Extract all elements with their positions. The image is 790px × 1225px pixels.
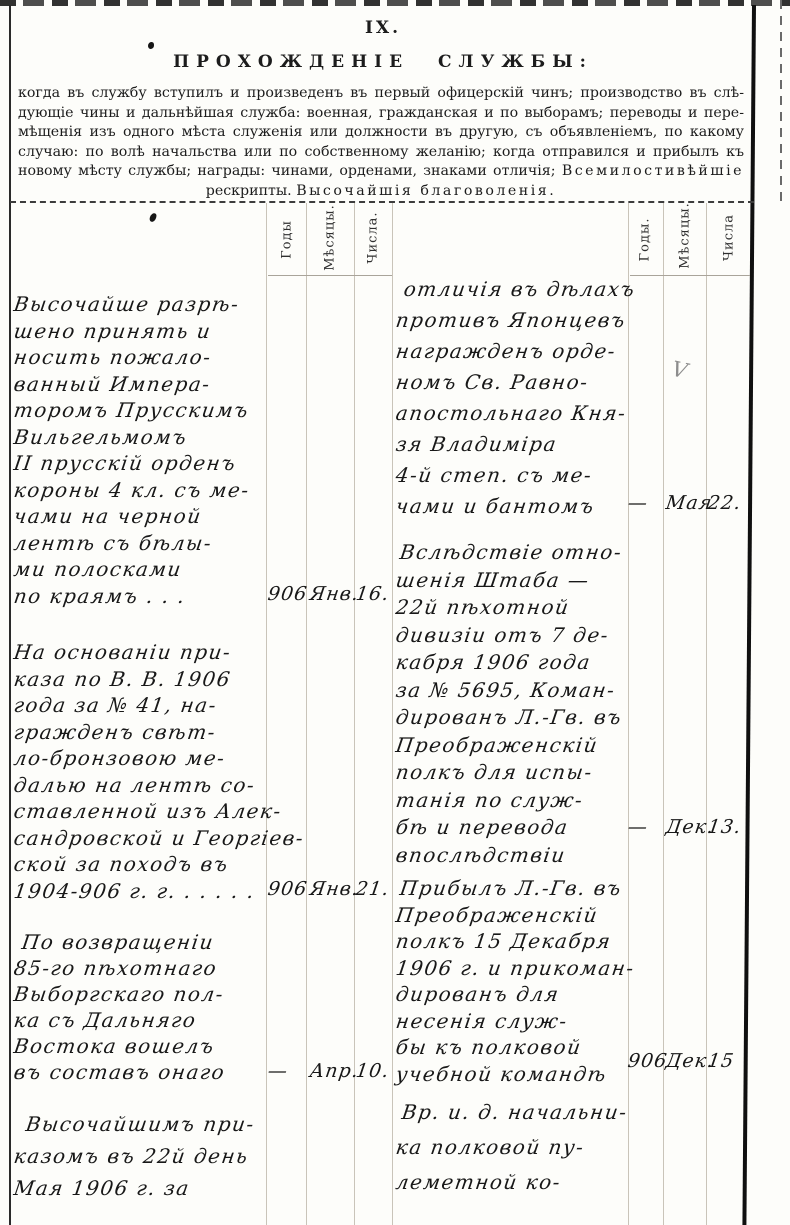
margin-dashed-line	[780, 0, 782, 205]
ink-blot	[148, 42, 154, 49]
handwritten-line: шенія Штаба —	[394, 568, 591, 592]
handwritten-line: Мая 1906 г. за	[12, 1176, 191, 1200]
handwritten-line: Вслѣдствіе отно-	[398, 540, 624, 564]
column-header-years-left: Годы	[280, 205, 295, 275]
handwritten-line: Выборгскаго пол-	[12, 982, 226, 1006]
handwritten-line: ми полосками	[12, 557, 183, 581]
emphasized-text: Всемилостивѣйшіе	[562, 163, 744, 179]
handwritten-line: 22й пѣхотной	[394, 595, 571, 619]
page-top-edge	[0, 0, 790, 6]
handwritten-line: несенія служ-	[394, 1009, 569, 1033]
handwritten-line: номъ Св. Равно-	[394, 370, 590, 394]
ink-blot	[149, 212, 158, 223]
handwritten-line: По возвращеніи	[20, 930, 215, 954]
handwritten-line: ка полковой пу-	[394, 1135, 586, 1159]
handwritten-line: зя Владиміра	[394, 432, 558, 456]
handwritten-line: противъ Японцевъ	[394, 308, 627, 332]
column-header-days-left: Числа.	[366, 203, 381, 273]
column-divider	[306, 203, 307, 1225]
handwritten-line: впослѣдствіи	[394, 843, 567, 867]
date-day: 22.	[706, 492, 742, 514]
handwritten-line: На основаніи при-	[12, 640, 233, 664]
description-line: когда въ службу вступилъ и произведенъ в…	[18, 84, 744, 104]
handwritten-line: Вр. и. д. начальни-	[400, 1100, 629, 1124]
handwritten-line: награжденъ орде-	[394, 339, 618, 363]
handwritten-line: ской за походъ въ	[12, 852, 230, 876]
handwritten-line: Преображенскій	[394, 903, 600, 927]
handwritten-line: Прибылъ Л.-Гв. въ	[398, 876, 623, 900]
handwritten-line: по краямъ . . .	[12, 584, 187, 608]
handwritten-line: ло-бронзовою ме-	[12, 746, 227, 770]
handwritten-line: короны 4 кл. съ ме-	[12, 478, 251, 502]
page-left-border	[9, 5, 11, 1225]
date-day: 13.	[706, 816, 742, 838]
date-year: —	[626, 816, 649, 838]
handwritten-line: бѣ и перевода	[394, 815, 570, 839]
handwritten-line: дированъ Л.-Гв. въ	[394, 705, 624, 729]
handwritten-line: леметной ко-	[394, 1170, 563, 1194]
description-line: дующіе чины и дальнѣйшая служба: военная…	[18, 104, 744, 124]
handwritten-line: чами на черной	[12, 504, 203, 528]
handwritten-line: II прусскій орденъ	[12, 451, 238, 475]
handwritten-line: дивизіи отъ 7 де-	[394, 623, 611, 647]
date-month: Янв.	[308, 583, 360, 605]
handwritten-line: носить пожало-	[12, 345, 213, 369]
handwritten-line: ка съ Дальняго	[12, 1008, 198, 1032]
handwritten-line: въ составъ онаго	[12, 1060, 227, 1084]
handwritten-line: Высочайше разрѣ-	[12, 292, 241, 316]
description-line: мѣщенія изъ одного мѣста служенія или до…	[18, 123, 744, 143]
description-line: случаю: по волѣ начальства или по собств…	[18, 143, 744, 163]
handwritten-line: гражденъ свѣт-	[12, 720, 218, 744]
handwritten-line: апостольнаго Кня-	[394, 401, 628, 425]
section-description: когда въ службу вступилъ и произведенъ в…	[18, 84, 744, 201]
date-year: 906	[266, 878, 308, 900]
column-header-months-left: Мѣсяцы.	[323, 203, 338, 273]
description-line: новому мѣсту службы; награды: чинами, ор…	[18, 162, 744, 182]
date-month: Апр.	[308, 1060, 360, 1082]
handwritten-line: лентѣ съ бѣлы-	[12, 531, 214, 555]
date-day: 16.	[354, 583, 390, 605]
handwritten-line: года за № 41, на-	[12, 693, 218, 717]
handwritten-line: 1904-906 г. г. . . . . .	[12, 879, 256, 903]
handwritten-line: дированъ для	[394, 982, 561, 1006]
handwritten-line: 85-го пѣхотнаго	[12, 956, 219, 980]
handwritten-line: Преображенскій	[394, 733, 600, 757]
date-year: —	[626, 492, 649, 514]
date-month: Янв.	[308, 878, 360, 900]
handwritten-line: Вильгельмомъ	[12, 425, 189, 449]
handwritten-line: полкъ 15 Декабря	[394, 929, 613, 953]
header-cell-underline	[630, 275, 750, 276]
handwritten-line: Востока вошелъ	[12, 1034, 216, 1058]
column-header-days-right: Числа	[722, 203, 737, 273]
handwritten-line: танія по служ-	[394, 788, 585, 812]
handwritten-line: ванный Импера-	[12, 372, 212, 396]
date-day: 10.	[354, 1060, 390, 1082]
handwritten-line: ставленной изъ Алек-	[12, 799, 283, 823]
handwritten-line: Высочайшимъ при-	[24, 1112, 256, 1136]
service-record-page: IX. ПРОХОЖДЕНІЕ СЛУЖБЫ: когда въ службу …	[0, 0, 790, 1225]
date-year: —	[266, 1060, 289, 1082]
handwritten-line: торомъ Прусскимъ	[12, 398, 250, 422]
section-title: ПРОХОЖДЕНІЕ СЛУЖБЫ:	[0, 52, 766, 72]
handwritten-line: шено принять и	[12, 319, 213, 343]
date-year: 906	[626, 1050, 668, 1072]
handwritten-line: отличія въ дѣлахъ	[402, 277, 637, 301]
handwritten-line: далью на лентѣ со-	[12, 773, 257, 797]
page-right-border	[742, 5, 756, 1225]
handwritten-line: каза по В. В. 1906	[12, 667, 232, 691]
handwritten-line: сандровской и Георгіев-	[12, 826, 306, 850]
handwritten-line: 4-й степ. съ ме-	[394, 463, 594, 487]
handwritten-line: полкъ для испы-	[394, 760, 594, 784]
check-mark: V	[670, 357, 690, 384]
date-year: 906	[266, 583, 308, 605]
handwritten-line: учебной командѣ	[394, 1062, 608, 1086]
table-top-rule	[10, 201, 754, 203]
handwritten-line: 1906 г. и прикоман-	[394, 956, 636, 980]
date-day: 21.	[354, 878, 390, 900]
header-cell-underline	[268, 275, 392, 276]
handwritten-line: бы къ полковой	[394, 1035, 583, 1059]
column-divider	[392, 203, 393, 1225]
description-line: рескрипты. Высочайшія благоволенія.	[18, 182, 744, 202]
column-header-months-right: Мѣсяцы.	[678, 201, 693, 271]
column-header-years-right: Годы.	[638, 205, 653, 275]
handwritten-line: кабря 1906 года	[394, 650, 592, 674]
chapter-number: IX.	[0, 18, 766, 38]
handwritten-line: за № 5695, Коман-	[394, 678, 617, 702]
emphasized-text: Высочайшія благоволенія.	[296, 183, 556, 199]
handwritten-line: чами и бантомъ	[394, 494, 596, 518]
date-day: 15	[706, 1050, 735, 1072]
handwritten-line: казомъ въ 22й день	[12, 1144, 250, 1168]
